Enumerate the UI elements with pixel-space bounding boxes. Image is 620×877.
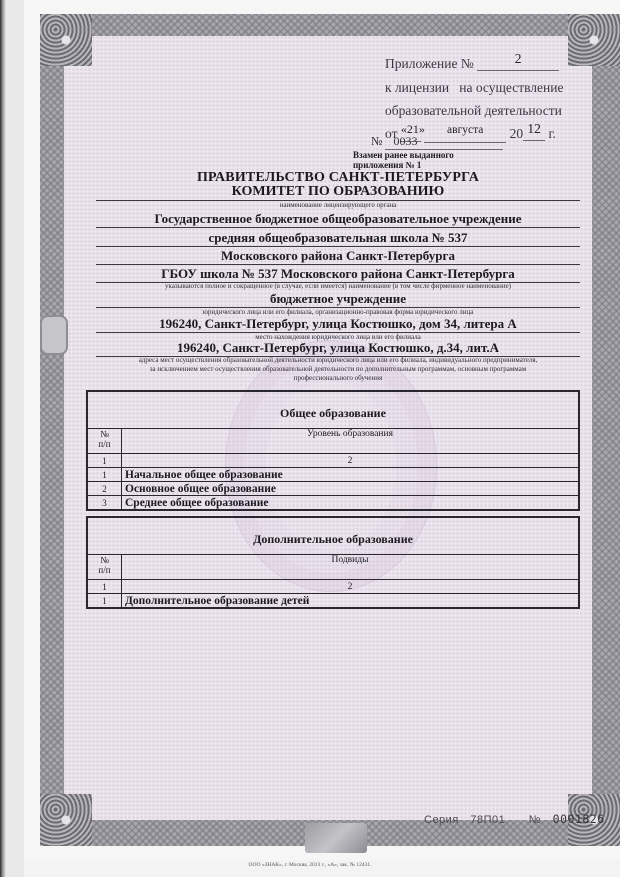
- printer-imprint: ООО «ЗНАК», г. Москва, 2013 г., «А», зак…: [0, 862, 620, 868]
- series-label: Серия: [424, 814, 459, 826]
- appendix-number: 2: [477, 47, 559, 71]
- table-row: 2 Основное общее образование: [87, 482, 579, 496]
- row-level: Основное общее образование: [122, 482, 580, 496]
- general-education-table: Общее образование № п/п Уровень образова…: [86, 390, 580, 511]
- series-value: 78П01: [470, 814, 505, 826]
- appendix-license-ref: к лицензии на осуществление: [385, 76, 563, 99]
- corner-ornament-icon: [568, 14, 620, 66]
- org-short-name: ГБОУ школа № 537 Московского района Санк…: [96, 266, 580, 283]
- row-num: 3: [87, 496, 122, 511]
- corner-ornament-icon: [40, 14, 92, 66]
- date-year-prefix: 20: [510, 126, 524, 141]
- additional-education-table: Дополнительное образование № п/п Подвиды…: [86, 516, 580, 609]
- table-title: Дополнительное образование: [87, 517, 579, 555]
- col-header-subtype: Подвиды: [122, 555, 580, 580]
- replaces-note: Взамен ранее выданного приложения № 1: [353, 150, 454, 170]
- knot-ornament-icon: [40, 315, 68, 355]
- org-activity-address-caption: адреса мест осуществления образовательно…: [96, 356, 580, 383]
- number-label: №: [529, 814, 541, 826]
- appendix-label: Приложение №: [385, 56, 474, 71]
- caption-line: профессионального обучения: [96, 374, 580, 383]
- replaces-line2: приложения № 1: [353, 160, 454, 170]
- row-num: 1: [87, 468, 122, 482]
- row-subtype: Дополнительное образование детей: [122, 594, 580, 609]
- col-header-num: № п/п: [87, 555, 122, 580]
- table-row: 3 Среднее общее образование: [87, 496, 579, 511]
- col-header-level: Уровень образования: [122, 429, 580, 454]
- index-cell: 2: [122, 454, 580, 468]
- table-row: 1 Дополнительное образование детей: [87, 594, 579, 609]
- table-row: 1 Начальное общее образование: [87, 468, 579, 482]
- date-year-suffix: 12: [523, 117, 545, 141]
- date-year-unit: г.: [548, 126, 555, 141]
- form-series-number: Серия 78П01 № 0001826: [424, 812, 605, 826]
- authority-caption: наименование лицензирующего органа: [96, 200, 580, 210]
- replaces-line1: Взамен ранее выданного: [353, 150, 454, 160]
- caption-line: за исключением мест осуществления образо…: [96, 365, 580, 374]
- registration-number: № 0033: [371, 134, 503, 150]
- org-legal-form: бюджетное учреждение: [96, 291, 580, 308]
- index-cell: 2: [122, 580, 580, 594]
- hologram-icon: [305, 823, 367, 853]
- org-full-name-line2: средняя общеобразовательная школа № 537: [96, 230, 580, 247]
- index-cell: 1: [87, 580, 122, 594]
- table-title: Общее образование: [87, 391, 579, 429]
- row-num: 1: [87, 594, 122, 609]
- appendix-number-line: Приложение № 2: [385, 52, 563, 76]
- org-full-name-line3: Московского района Санкт-Петербурга: [96, 248, 580, 265]
- caption-line: адреса мест осуществления образовательно…: [96, 356, 580, 365]
- authority-name-line2: КОМИТЕТ ПО ОБРАЗОВАНИЮ: [96, 184, 580, 200]
- org-name-caption: указываются полное и сокращенное (в случ…: [96, 282, 580, 291]
- row-level: Начальное общее образование: [122, 468, 580, 482]
- reg-label: №: [371, 134, 382, 148]
- row-num: 2: [87, 482, 122, 496]
- corner-ornament-icon: [40, 794, 92, 846]
- col-header-num: № п/п: [87, 429, 122, 454]
- index-cell: 1: [87, 454, 122, 468]
- form-number: 0001826: [553, 812, 605, 826]
- org-activity-address: 196240, Санкт-Петербург, улица Костюшко,…: [96, 340, 580, 357]
- org-full-name-line1: Государственное бюджетное общеобразовате…: [96, 211, 580, 228]
- row-level: Среднее общее образование: [122, 496, 580, 511]
- org-legal-address: 196240, Санкт-Петербург, улица Костюшко,…: [96, 316, 580, 333]
- reg-number: 0033: [385, 134, 503, 150]
- scan-margin: [6, 0, 24, 877]
